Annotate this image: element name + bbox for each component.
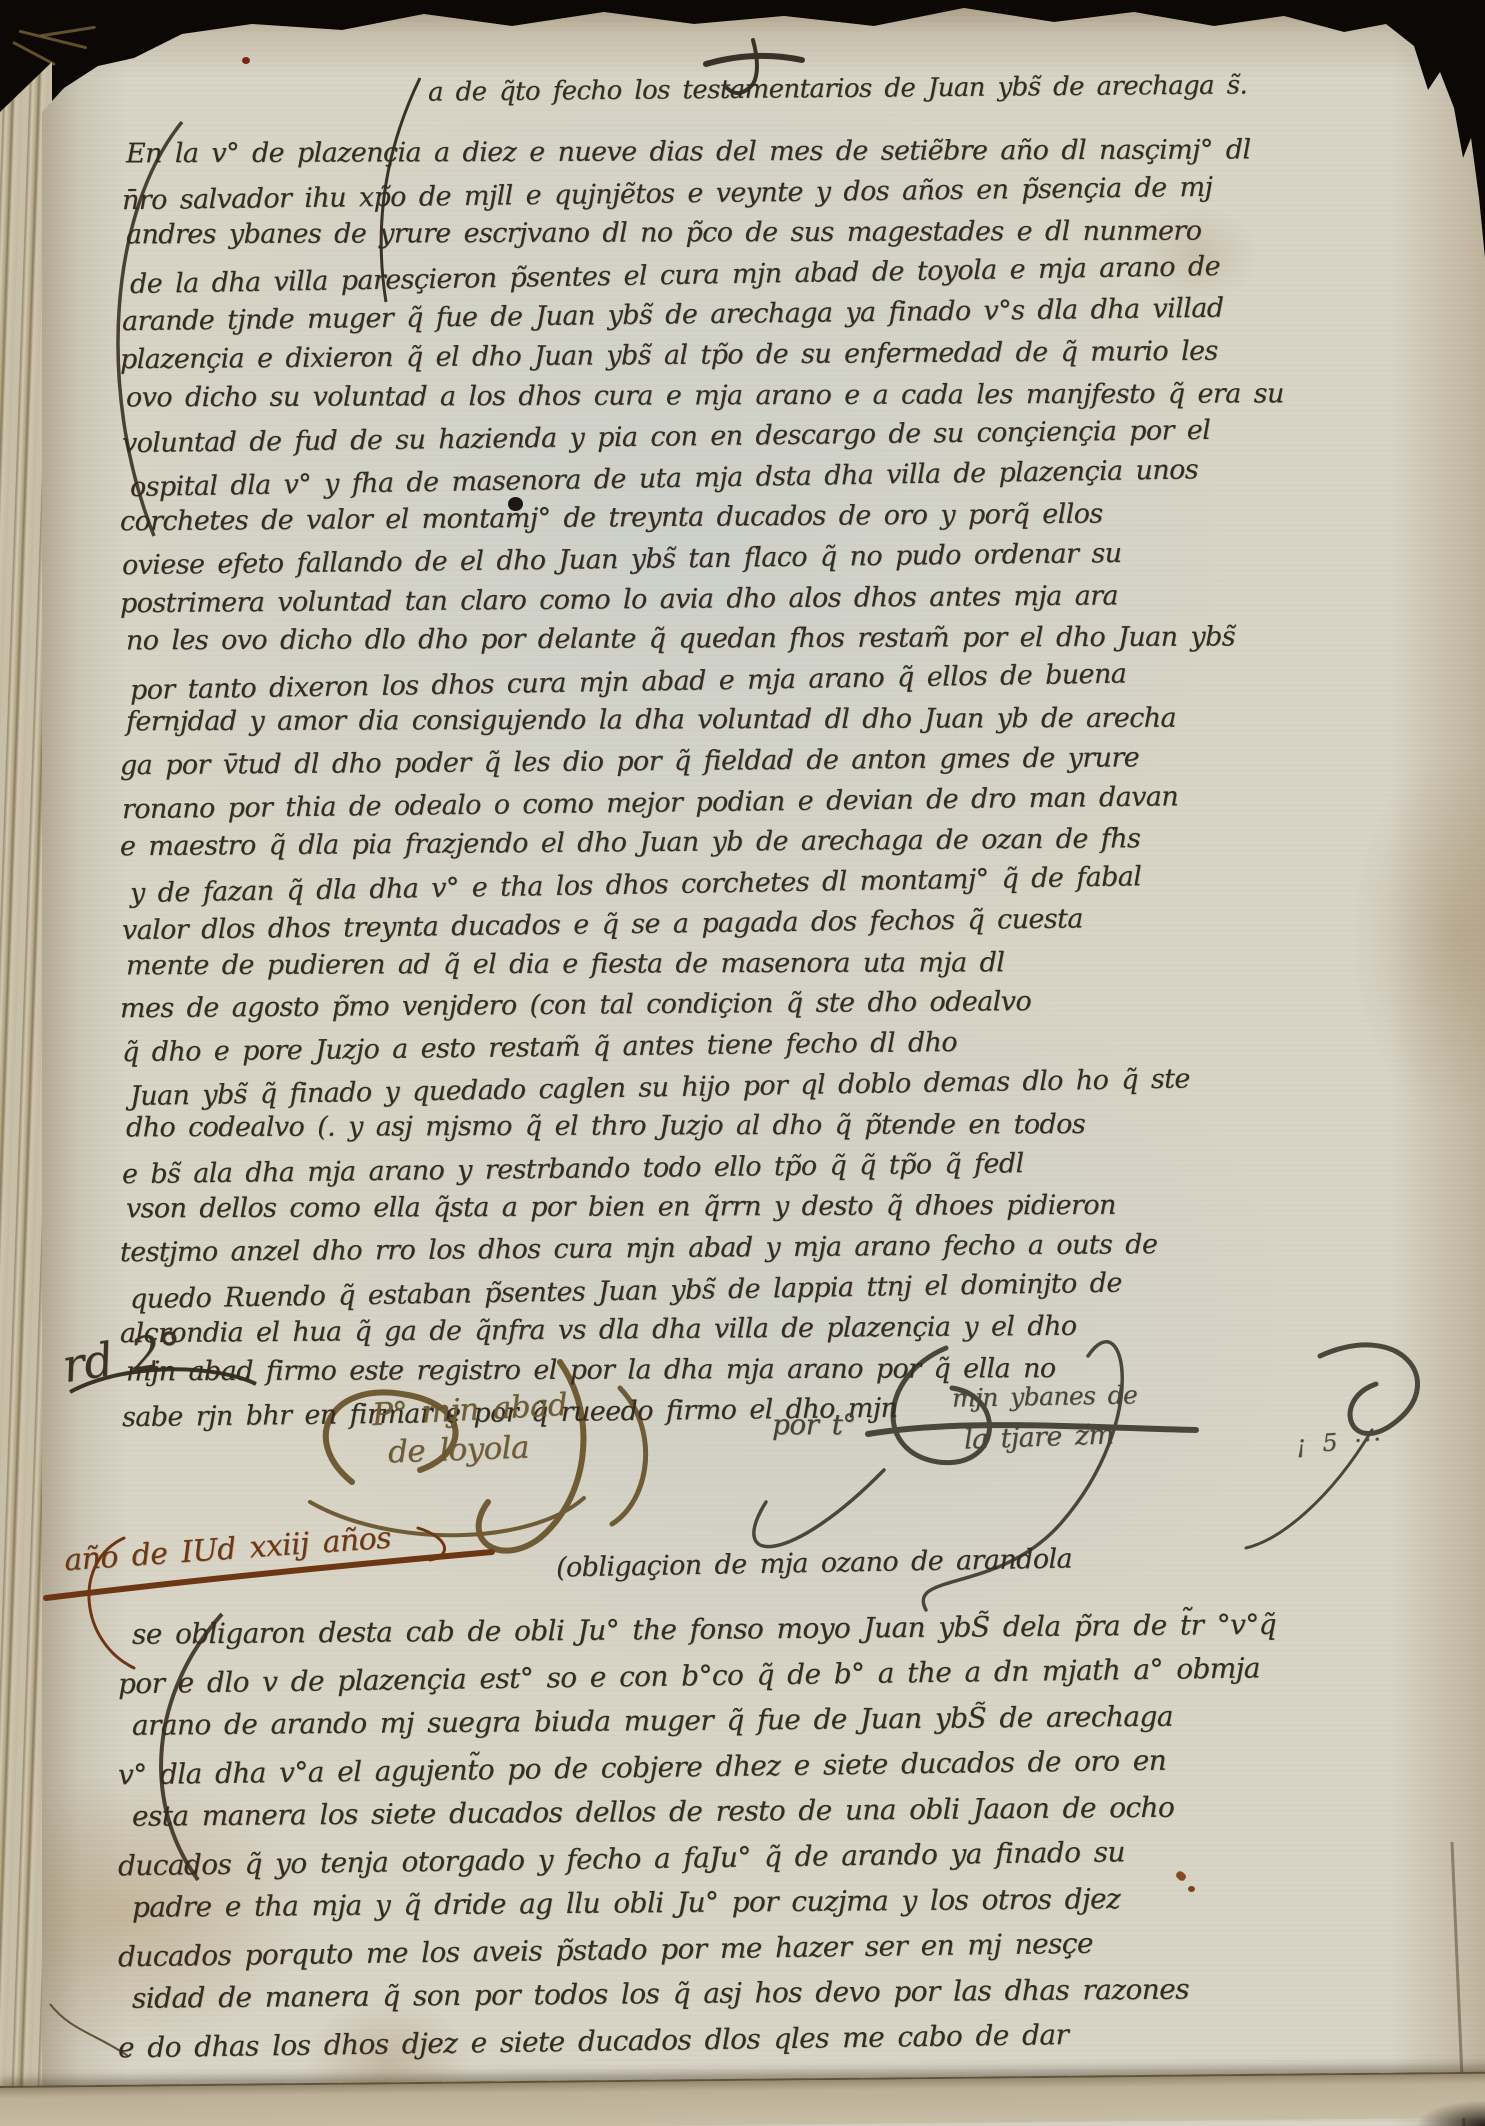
signature-ybanes-line2: la tjare z̃m bbox=[964, 1419, 1114, 1455]
manuscript-photo: { "document": { "kind_note": "16th-centu… bbox=[0, 0, 1485, 2126]
straw-debris bbox=[40, 26, 96, 38]
red-speck bbox=[242, 57, 250, 64]
bottom-right-shadow bbox=[1415, 2100, 1485, 2126]
signature-ybanes-line1: mjn ybanes de bbox=[952, 1380, 1138, 1412]
straw-debris bbox=[12, 41, 56, 66]
signature-abbot-line2: de loyola bbox=[387, 1430, 529, 1471]
signature-witness-note: por t° bbox=[772, 1408, 856, 1441]
main-paragraph: En la v° de plazençia a diez e nueve dia… bbox=[120, 136, 1460, 1435]
obligation-paragraph: se obligaron desta cab de obli Ju° the f… bbox=[118, 1612, 1458, 2067]
